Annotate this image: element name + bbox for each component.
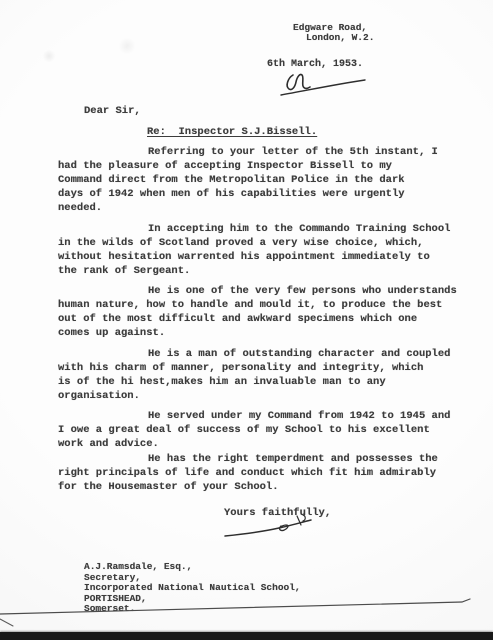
- letter-paragraph: He is one of the very few persons who un…: [58, 284, 460, 340]
- scan-smudge: [118, 38, 136, 54]
- scan-smudge: [42, 50, 56, 62]
- handwritten-initials-mark: [279, 69, 367, 99]
- letter-paragraph: In accepting him to the Commando Trainin…: [58, 222, 460, 278]
- letter-paragraph: He served under my Command from 1942 to …: [58, 409, 460, 451]
- scanner-edge-band: [0, 632, 493, 640]
- handwritten-signature-mark: [223, 512, 327, 544]
- letter-paragraph: He has the right temperdment and possess…: [58, 452, 460, 494]
- sender-address-line: London, W.2.: [306, 33, 374, 43]
- sender-address: Edgware Road, London, W.2.: [293, 23, 374, 43]
- letter-body: Referring to your letter of the 5th inst…: [58, 145, 460, 494]
- letter-paragraph: He is a man of outstanding character and…: [58, 347, 460, 403]
- letter-paragraph: Referring to your letter of the 5th inst…: [58, 145, 460, 215]
- salutation: Dear Sir,: [84, 105, 141, 117]
- subject-line: Re: Inspector S.J.Bissell.: [147, 126, 317, 138]
- scanned-letter-page: Edgware Road, London, W.2. 6th March, 19…: [0, 0, 493, 640]
